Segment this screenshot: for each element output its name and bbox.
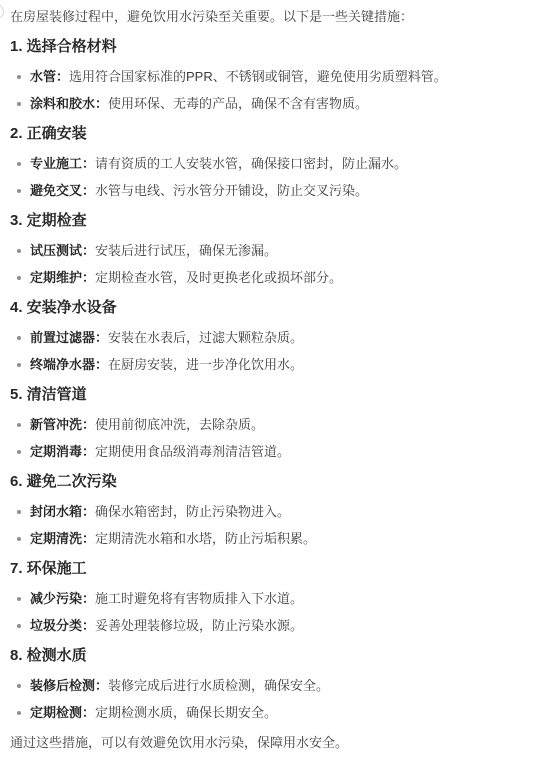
bullet-icon	[17, 711, 21, 715]
list-item-desc: 水管与电线、污水管分开铺设，防止交叉污染。	[95, 183, 368, 198]
section-list: 新管冲洗：使用前彻底冲洗，去除杂质。 定期消毒：定期使用食品级消毒剂清洁管道。	[10, 416, 538, 461]
list-item-desc: 使用前彻底冲洗，去除杂质。	[95, 417, 264, 432]
list-item-desc: 安装在水表后，过滤大颗粒杂质。	[108, 330, 303, 345]
section-heading: 7. 环保施工	[10, 560, 538, 578]
bullet-icon	[17, 450, 21, 454]
list-item-term: 终端净水器：	[30, 357, 108, 372]
section-heading: 3. 定期检查	[10, 212, 538, 230]
list-item-term: 避免交叉：	[30, 183, 95, 198]
list-item-term: 专业施工：	[30, 156, 95, 171]
bullet-icon	[17, 189, 21, 193]
section-list: 前置过滤器：安装在水表后，过滤大颗粒杂质。 终端净水器：在厨房安装，进一步净化饮…	[10, 329, 538, 374]
list-item-desc: 定期检测水质，确保长期安全。	[95, 705, 277, 720]
list-item: 定期消毒：定期使用食品级消毒剂清洁管道。	[30, 443, 538, 461]
list-item: 定期清洗：定期清洗水箱和水塔，防止污垢积累。	[30, 530, 538, 548]
list-item-term: 试压测试：	[30, 243, 95, 258]
section-heading: 8. 检测水质	[10, 647, 538, 665]
list-item-term: 新管冲洗：	[30, 417, 95, 432]
list-item-desc: 施工时避免将有害物质排入下水道。	[95, 591, 303, 606]
assistant-message: 在房屋装修过程中，避免饮用水污染至关重要。以下是一些关键措施： 1. 选择合格材…	[0, 0, 554, 762]
list-item-desc: 选用符合国家标准的PPR、不锈钢或铜管，避免使用劣质塑料管。	[69, 69, 447, 84]
bullet-icon	[17, 162, 21, 166]
page: { "page": { "intro": "在房屋装修过程中，避免饮用水污染至关…	[0, 0, 554, 762]
list-item-desc: 安装后进行试压，确保无渗漏。	[95, 243, 277, 258]
list-item: 装修后检测：装修完成后进行水质检测，确保安全。	[30, 677, 538, 695]
list-item-term: 封闭水箱：	[30, 504, 95, 519]
section: 4. 安装净水设备 前置过滤器：安装在水表后，过滤大颗粒杂质。 终端净水器：在厨…	[10, 299, 538, 374]
bullet-icon	[17, 510, 21, 514]
list-item-term: 前置过滤器：	[30, 330, 108, 345]
bullet-icon	[17, 684, 21, 688]
list-item-desc: 定期清洗水箱和水塔，防止污垢积累。	[95, 531, 316, 546]
section: 2. 正确安装 专业施工：请有资质的工人安装水管，确保接口密封，防止漏水。 避免…	[10, 125, 538, 200]
section-heading: 5. 清洁管道	[10, 386, 538, 404]
list-item-desc: 在厨房安装，进一步净化饮用水。	[108, 357, 303, 372]
list-item-desc: 妥善处理装修垃圾，防止污染水源。	[95, 618, 303, 633]
list-item: 专业施工：请有资质的工人安装水管，确保接口密封，防止漏水。	[30, 155, 538, 173]
list-item-term: 垃圾分类：	[30, 618, 95, 633]
intro-paragraph: 在房屋装修过程中，避免饮用水污染至关重要。以下是一些关键措施：	[10, 8, 538, 26]
bullet-icon	[17, 363, 21, 367]
list-item: 定期维护：定期检查水管，及时更换老化或损坏部分。	[30, 269, 538, 287]
section-list: 装修后检测：装修完成后进行水质检测，确保安全。 定期检测：定期检测水质，确保长期…	[10, 677, 538, 722]
closing-paragraph: 通过这些措施，可以有效避免饮用水污染，保障用水安全。	[10, 734, 538, 752]
list-item-term: 涂料和胶水：	[30, 96, 108, 111]
list-item-term: 定期检测：	[30, 705, 95, 720]
list-item: 封闭水箱：确保水箱密封，防止污染物进入。	[30, 503, 538, 521]
list-item: 前置过滤器：安装在水表后，过滤大颗粒杂质。	[30, 329, 538, 347]
section-list: 试压测试：安装后进行试压，确保无渗漏。 定期维护：定期检查水管，及时更换老化或损…	[10, 242, 538, 287]
avatar	[0, 4, 4, 19]
section-heading: 6. 避免二次污染	[10, 473, 538, 491]
list-item-desc: 确保水箱密封，防止污染物进入。	[95, 504, 290, 519]
section-list: 专业施工：请有资质的工人安装水管，确保接口密封，防止漏水。 避免交叉：水管与电线…	[10, 155, 538, 200]
list-item: 涂料和胶水：使用环保、无毒的产品，确保不含有害物质。	[30, 95, 538, 113]
list-item-desc: 定期使用食品级消毒剂清洁管道。	[95, 444, 290, 459]
list-item-desc: 请有资质的工人安装水管，确保接口密封，防止漏水。	[95, 156, 407, 171]
bullet-icon	[17, 102, 21, 106]
section: 8. 检测水质 装修后检测：装修完成后进行水质检测，确保安全。 定期检测：定期检…	[10, 647, 538, 722]
bullet-icon	[17, 537, 21, 541]
bullet-icon	[17, 597, 21, 601]
list-item: 水管：选用符合国家标准的PPR、不锈钢或铜管，避免使用劣质塑料管。	[30, 68, 538, 86]
section-heading: 4. 安装净水设备	[10, 299, 538, 317]
list-item: 定期检测：定期检测水质，确保长期安全。	[30, 704, 538, 722]
list-item: 减少污染：施工时避免将有害物质排入下水道。	[30, 590, 538, 608]
section-heading: 1. 选择合格材料	[10, 38, 538, 56]
list-item-term: 定期维护：	[30, 270, 95, 285]
bullet-icon	[17, 336, 21, 340]
bullet-icon	[17, 624, 21, 628]
sections-container: 1. 选择合格材料 水管：选用符合国家标准的PPR、不锈钢或铜管，避免使用劣质塑…	[10, 38, 538, 722]
list-item: 终端净水器：在厨房安装，进一步净化饮用水。	[30, 356, 538, 374]
section-list: 封闭水箱：确保水箱密封，防止污染物进入。 定期清洗：定期清洗水箱和水塔，防止污垢…	[10, 503, 538, 548]
list-item-term: 定期清洗：	[30, 531, 95, 546]
section: 5. 清洁管道 新管冲洗：使用前彻底冲洗，去除杂质。 定期消毒：定期使用食品级消…	[10, 386, 538, 461]
section-heading: 2. 正确安装	[10, 125, 538, 143]
list-item-desc: 定期检查水管，及时更换老化或损坏部分。	[95, 270, 342, 285]
section-list: 水管：选用符合国家标准的PPR、不锈钢或铜管，避免使用劣质塑料管。 涂料和胶水：…	[10, 68, 538, 113]
list-item: 试压测试：安装后进行试压，确保无渗漏。	[30, 242, 538, 260]
list-item: 垃圾分类：妥善处理装修垃圾，防止污染水源。	[30, 617, 538, 635]
list-item-term: 减少污染：	[30, 591, 95, 606]
section: 3. 定期检查 试压测试：安装后进行试压，确保无渗漏。 定期维护：定期检查水管，…	[10, 212, 538, 287]
list-item-term: 装修后检测：	[30, 678, 108, 693]
list-item-term: 水管：	[30, 69, 69, 84]
bullet-icon	[17, 423, 21, 427]
section: 1. 选择合格材料 水管：选用符合国家标准的PPR、不锈钢或铜管，避免使用劣质塑…	[10, 38, 538, 113]
section: 6. 避免二次污染 封闭水箱：确保水箱密封，防止污染物进入。 定期清洗：定期清洗…	[10, 473, 538, 548]
list-item: 避免交叉：水管与电线、污水管分开铺设，防止交叉污染。	[30, 182, 538, 200]
section: 7. 环保施工 减少污染：施工时避免将有害物质排入下水道。 垃圾分类：妥善处理装…	[10, 560, 538, 635]
list-item-term: 定期消毒：	[30, 444, 95, 459]
section-list: 减少污染：施工时避免将有害物质排入下水道。 垃圾分类：妥善处理装修垃圾，防止污染…	[10, 590, 538, 635]
bullet-icon	[17, 276, 21, 280]
bullet-icon	[17, 75, 21, 79]
bullet-icon	[17, 249, 21, 253]
list-item-desc: 装修完成后进行水质检测，确保安全。	[108, 678, 329, 693]
list-item: 新管冲洗：使用前彻底冲洗，去除杂质。	[30, 416, 538, 434]
list-item-desc: 使用环保、无毒的产品，确保不含有害物质。	[108, 96, 368, 111]
